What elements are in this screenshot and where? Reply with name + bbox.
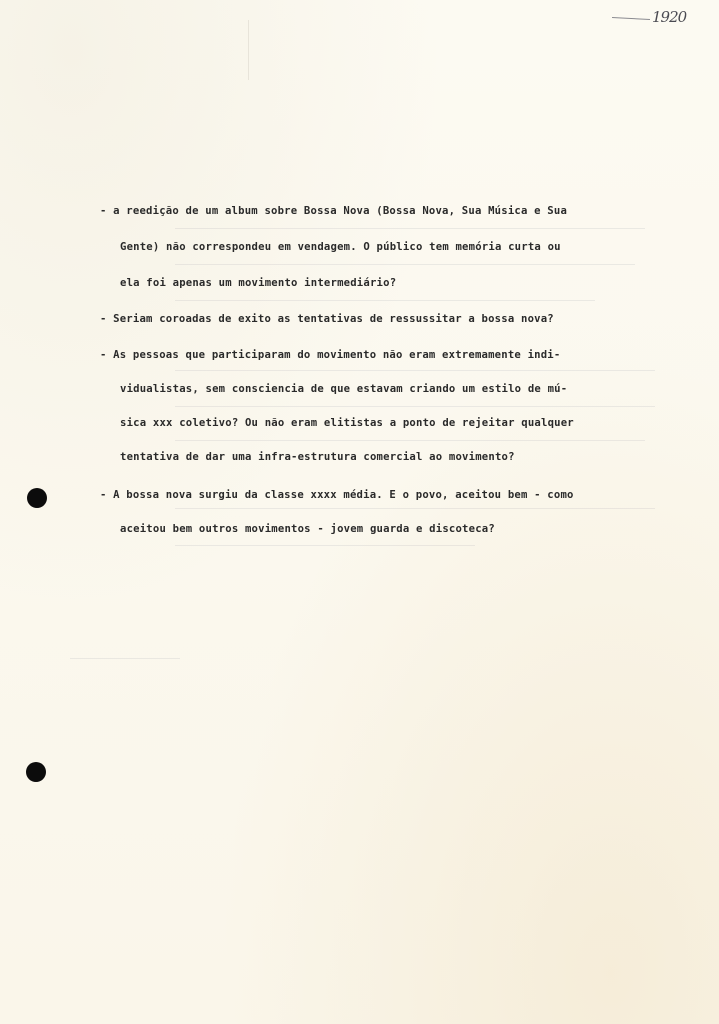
show-through-text bbox=[175, 300, 595, 301]
punch-hole-icon bbox=[26, 762, 46, 782]
show-through-text bbox=[175, 264, 635, 265]
page-number: 1920 bbox=[652, 8, 686, 26]
text-line: - As pessoas que participaram do movimen… bbox=[100, 348, 560, 362]
text-line: vidualistas, sem consciencia de que esta… bbox=[120, 382, 567, 396]
document-page: 1920 - a reedição de um album sobre Boss… bbox=[0, 0, 719, 1024]
paper-fold-mark bbox=[248, 20, 249, 80]
text-line: - a reedição de um album sobre Bossa Nov… bbox=[100, 204, 567, 218]
show-through-text bbox=[175, 508, 655, 509]
text-line: - Seriam coroadas de exito as tentativas… bbox=[100, 312, 554, 326]
show-through-text bbox=[175, 228, 645, 229]
show-through-text bbox=[175, 440, 645, 441]
text-line: aceitou bem outros movimentos - jovem gu… bbox=[120, 522, 495, 536]
text-line: sica xxx coletivo? Ou não eram elitistas… bbox=[120, 416, 574, 430]
show-through-text bbox=[70, 658, 180, 659]
page-number-stroke bbox=[612, 17, 650, 20]
show-through-text bbox=[175, 406, 655, 407]
show-through-text bbox=[175, 545, 475, 546]
text-line: tentativa de dar uma infra-estrutura com… bbox=[120, 450, 515, 464]
punch-hole-icon bbox=[27, 488, 47, 508]
text-line: ela foi apenas um movimento intermediári… bbox=[120, 276, 396, 290]
show-through-text bbox=[175, 370, 655, 371]
text-line: - A bossa nova surgiu da classe xxxx méd… bbox=[100, 488, 574, 502]
text-line: Gente) não correspondeu em vendagem. O p… bbox=[120, 240, 561, 254]
